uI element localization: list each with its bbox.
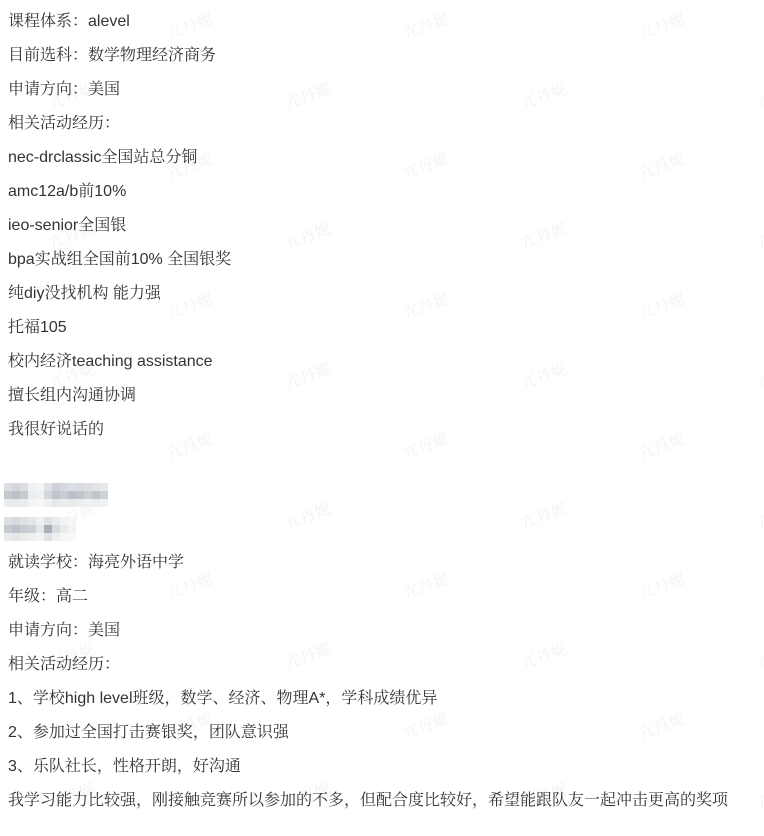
profile2-line-item3: 3、乐队社长，性格开朗，好沟通 bbox=[8, 750, 756, 784]
profile1-line-nec: nec-drclassic全国站总分铜 bbox=[8, 141, 756, 175]
profile2-line-activities-head: 相关活动经历： bbox=[8, 648, 756, 682]
redacted-name-block-2 bbox=[4, 517, 756, 541]
profile1-line-bpa: bpa实战组全国前10% 全国银奖 bbox=[8, 243, 756, 277]
profile1-line-subjects: 目前选科：数学物理经济商务 bbox=[8, 39, 756, 73]
profile1-line-ta: 校内经济teaching assistance bbox=[8, 345, 756, 379]
profile2-line-school: 就读学校：海亮外语中学 bbox=[8, 546, 756, 580]
profile2-line-summary: 我学习能力比较强，刚接触竞赛所以参加的不多，但配合度比较好，希望能跟队友一起冲击… bbox=[8, 784, 756, 818]
profile1-line-ieo: ieo-senior全国银 bbox=[8, 209, 756, 243]
redacted-name-block-1 bbox=[4, 483, 756, 507]
profile1-line-communication: 擅长组内沟通协调 bbox=[8, 379, 756, 413]
profile1-line-toefl: 托福105 bbox=[8, 311, 756, 345]
profile2-line-grade: 年级：高二 bbox=[8, 580, 756, 614]
content-area: 课程体系：alevel 目前选科：数学物理经济商务 申请方向：美国 相关活动经历… bbox=[0, 0, 764, 818]
profile1-line-course-system: 课程体系：alevel bbox=[8, 5, 756, 39]
profile2-line-item1: 1、学校high level班级，数学、经济、物理A*，学科成绩优异 bbox=[8, 682, 756, 716]
profile1-line-apply-direction: 申请方向：美国 bbox=[8, 73, 756, 107]
profile2-line-item2: 2、参加过全国打击赛银奖，团队意识强 bbox=[8, 716, 756, 750]
profile2-line-apply-direction: 申请方向：美国 bbox=[8, 614, 756, 648]
profile1-line-easygoing: 我很好说话的 bbox=[8, 413, 756, 447]
profile1-line-activities-head: 相关活动经历： bbox=[8, 107, 756, 141]
document-page: 亢丹妮亢丹妮亢丹妮亢丹妮亢丹妮亢丹妮亢丹妮亢丹妮亢丹妮亢丹妮亢丹妮亢丹妮亢丹妮亢… bbox=[0, 0, 764, 836]
profile1-line-amc: amc12a/b前10% bbox=[8, 175, 756, 209]
profile1-line-diy: 纯diy没找机构 能力强 bbox=[8, 277, 756, 311]
